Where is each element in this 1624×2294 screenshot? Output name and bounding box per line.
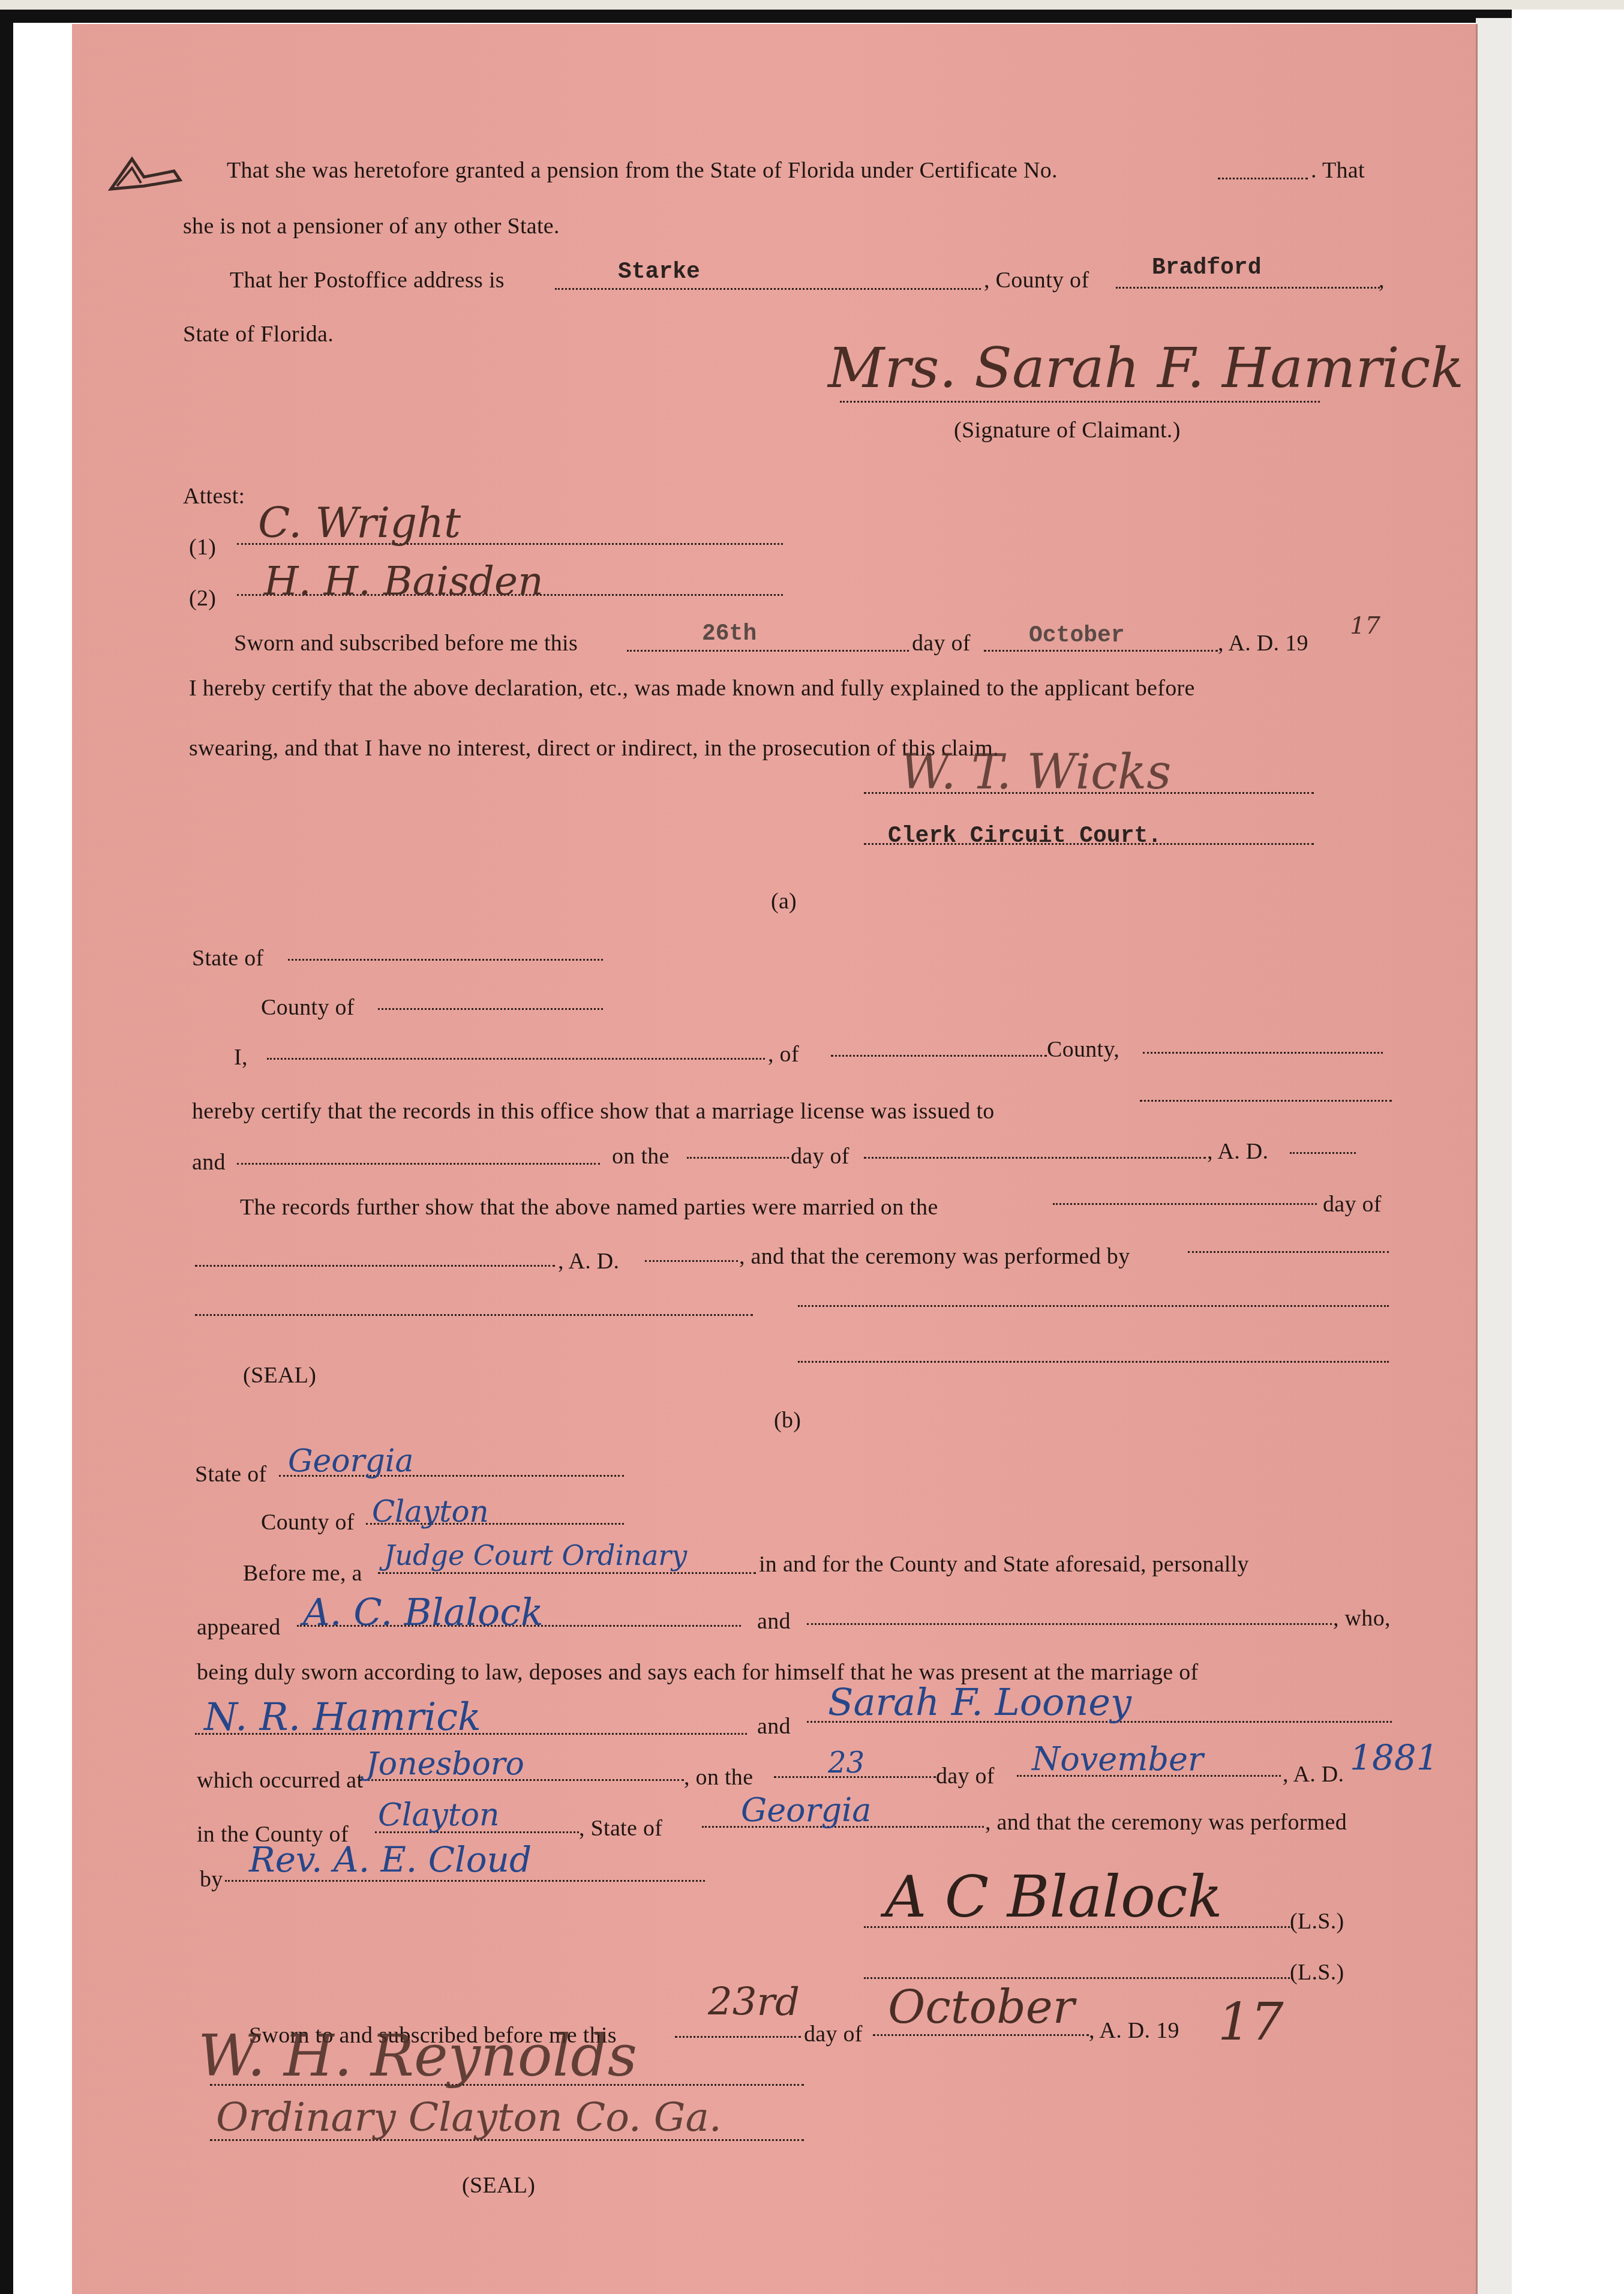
section-b-by: by [200, 1866, 223, 1893]
witness-1-number: (1) [189, 534, 216, 560]
section-b-ls2: (L.S.) [1290, 1959, 1344, 1986]
certify-text-1: I hereby certify that the above declarat… [189, 675, 1195, 701]
sworn-day-line [627, 650, 909, 652]
section-b-in-and-for: in and for the County and State aforesai… [759, 1551, 1249, 1578]
witness-2-number: (2) [189, 585, 216, 611]
section-a-signature-line-1[interactable] [798, 1305, 1389, 1307]
postoffice-field-line [555, 288, 981, 290]
section-b-state-label: State of [195, 1461, 267, 1488]
section-a-of-county-field[interactable] [831, 1055, 1047, 1057]
section-a-married-month-field[interactable] [195, 1265, 555, 1267]
section-b-affiant2-field[interactable] [807, 1623, 1332, 1625]
postoffice-value[interactable]: Starke [618, 259, 700, 285]
state-of-florida-text: State of Florida. [183, 321, 334, 347]
scanner-border-left [0, 10, 13, 2294]
section-b-county-value[interactable]: Clayton [372, 1494, 489, 1529]
section-b-ordinary-title: Ordinary Clayton Co. Ga. [216, 2094, 722, 2140]
section-b-marriage-month[interactable]: November [1032, 1740, 1203, 1778]
section-a-county-word: County, [1047, 1036, 1119, 1063]
section-b-appeared: appeared [197, 1614, 281, 1641]
section-b-state-of: , State of [579, 1815, 662, 1842]
attest-label: Attest: [183, 483, 245, 509]
not-pensioner-text: she is not a pensioner of any other Stat… [183, 213, 560, 239]
clerk-signature: W. T. Wicks [900, 744, 1171, 800]
pension-certificate-text: That she was heretofore granted a pensio… [227, 157, 1058, 184]
section-b-sworn-month-line [873, 2034, 1089, 2036]
comma: , [1379, 267, 1385, 293]
section-a-and-label: and [192, 1149, 226, 1176]
section-a-officiant-field-2[interactable] [195, 1314, 753, 1316]
section-b-occurred-at: which occurred at [197, 1767, 363, 1794]
claimant-signature-line [840, 401, 1320, 403]
section-a-state-field[interactable] [288, 959, 603, 961]
witness-2-signature: H. H. Baisden [264, 558, 544, 604]
section-a-ceremony-text: , and that the ceremony was performed by [739, 1243, 1130, 1270]
section-b-ls1: (L.S.) [1290, 1908, 1344, 1935]
section-a-ad2: , A. D. [558, 1248, 619, 1275]
section-b-ordinary-signature: W. H. Reynolds [198, 2022, 637, 2089]
county-label: , County of [984, 267, 1089, 293]
section-b-officiant[interactable]: Rev. A. E. Cloud [249, 1839, 532, 1880]
sworn-month[interactable]: October [1029, 623, 1125, 649]
section-b-affiant-signature: A C Blalock [885, 1863, 1223, 1930]
section-a-county-field[interactable] [378, 1008, 603, 1010]
section-b-affiant1[interactable]: A. C. Blalock [303, 1590, 544, 1634]
section-b-county-label: County of [261, 1509, 355, 1536]
postoffice-label: That her Postoffice address is [230, 267, 505, 293]
section-b-sworn-day[interactable]: 23rd [708, 1980, 800, 2025]
county-value[interactable]: Bradford [1152, 255, 1261, 281]
section-a-day-of-end: day of [1323, 1191, 1382, 1218]
section-b-sworn-ad: , A. D. 19 [1089, 2017, 1179, 2044]
section-a-certify-text: hereby certify that the records in this … [192, 1098, 995, 1124]
section-b-place[interactable]: Jonesboro [366, 1746, 524, 1782]
section-b-before-me: Before me, a [243, 1560, 362, 1587]
section-b-marker: (b) [774, 1407, 801, 1434]
section-a-signature-line-2[interactable] [798, 1361, 1389, 1363]
clerk-title: Clerk Circuit Court. [888, 823, 1161, 849]
section-b-title-line [378, 1572, 756, 1574]
section-a-married-day-field[interactable] [1053, 1203, 1317, 1205]
sworn-day[interactable]: 26th [702, 621, 757, 647]
certificate-number-field[interactable] [1218, 178, 1308, 179]
section-b-officiant-line [225, 1880, 705, 1882]
section-b-sworn-month[interactable]: October [888, 1980, 1074, 2034]
section-b-marriage-day[interactable]: 23 [828, 1746, 864, 1780]
section-b-ceremony: , and that the ceremony was performed [985, 1809, 1347, 1836]
scanner-border-top [0, 10, 1512, 23]
pension-certificate-text-end: . That [1311, 157, 1365, 184]
sworn-subscribed-text: Sworn and subscribed before me this [234, 630, 578, 656]
section-a-year-field[interactable] [1290, 1152, 1356, 1154]
section-b-ad: , A. D. [1283, 1761, 1344, 1788]
section-b-marriage-state[interactable]: Georgia [741, 1791, 871, 1829]
scanner-top-edge [0, 0, 1624, 10]
section-a-on-the: on the [612, 1143, 670, 1170]
section-a-of-label: , of [768, 1041, 799, 1067]
claimant-signature: Mrs. Sarah F. Hamrick [828, 336, 1464, 400]
sworn-month-line [984, 650, 1218, 652]
certify-text-2: swearing, and that I have no interest, d… [189, 735, 999, 761]
section-b-who: , who, [1333, 1605, 1391, 1632]
section-a-day-of: day of [791, 1143, 849, 1170]
plastic-sleeve-edge [1476, 18, 1512, 2294]
section-a-records-text: The records further show that the above … [240, 1194, 938, 1221]
pointing-hand-icon [108, 153, 186, 195]
section-a-spouse-field[interactable] [237, 1163, 600, 1165]
section-a-i-label: I, [234, 1044, 248, 1070]
ad-label: , A. D. 19 [1218, 630, 1308, 656]
section-b-affiant2-sig-line[interactable] [864, 1977, 1293, 1979]
section-a-officiant-field[interactable] [1188, 1251, 1389, 1253]
section-b-marriage-year[interactable]: 1881 [1350, 1737, 1439, 1778]
sworn-year[interactable]: 17 [1350, 612, 1380, 640]
section-a-title-field[interactable] [1143, 1052, 1383, 1054]
section-a-marker: (a) [771, 888, 797, 914]
section-b-day-of: day of [936, 1763, 995, 1789]
section-b-sworn-year[interactable]: 17 [1218, 1992, 1283, 2052]
day-of-label: day of [912, 630, 971, 656]
section-b-seal: (SEAL) [462, 2172, 535, 2199]
section-a-name-field[interactable] [267, 1058, 765, 1060]
section-a-month-field[interactable] [864, 1157, 1206, 1159]
section-b-groom[interactable]: N. R. Hamrick [204, 1695, 481, 1740]
claimant-signature-caption: (Signature of Claimant.) [954, 417, 1181, 443]
section-b-bride[interactable]: Sarah F. Looney [828, 1680, 1131, 1724]
county-field-line [1116, 287, 1380, 289]
section-b-and-label: and [757, 1608, 791, 1635]
section-a-day-field[interactable] [687, 1157, 789, 1159]
section-a-ad: , A. D. [1207, 1138, 1268, 1165]
section-b-on-the: , on the [684, 1764, 753, 1791]
section-b-marriage-county[interactable]: Clayton [378, 1797, 500, 1833]
section-a-married-year-field[interactable] [645, 1260, 738, 1262]
section-b-sworn-day-of: day of [804, 2021, 863, 2047]
section-a-state-label: State of [192, 945, 264, 971]
section-b-state-value[interactable]: Georgia [288, 1443, 413, 1479]
section-a-county-label: County of [261, 994, 355, 1021]
section-b-and2: and [757, 1713, 791, 1740]
section-a-licensee-field[interactable] [1140, 1100, 1392, 1102]
section-b-official-title[interactable]: Judge Court Ordinary [384, 1539, 687, 1572]
section-a-seal: (SEAL) [243, 1362, 316, 1389]
section-b-sworn-day-line [675, 2036, 801, 2038]
witness-1-signature: C. Wright [258, 498, 461, 547]
